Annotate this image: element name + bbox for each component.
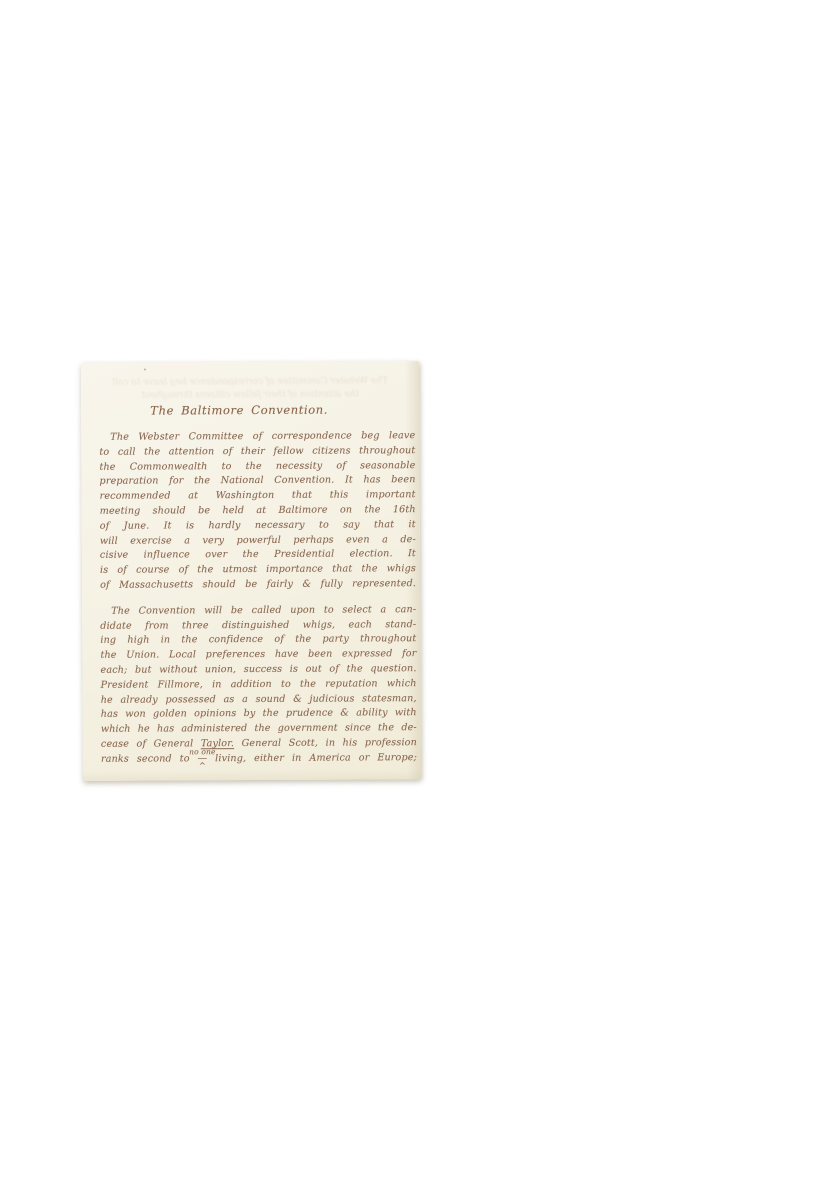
inserted-above-text: no one bbox=[189, 748, 215, 756]
manuscript-title: The Baltimore Convention. bbox=[81, 402, 419, 418]
manuscript-line: cease of General Taylor. General Scott, … bbox=[101, 736, 417, 752]
caret-mark: ^ bbox=[199, 762, 206, 770]
manuscript-line: is of course of the utmost importance th… bbox=[100, 562, 416, 578]
manuscript-text-segment: living, either in America or Europe; bbox=[207, 752, 417, 764]
manuscript-line: which he has administered the government… bbox=[101, 721, 417, 737]
manuscript-line: The Webster Committee of correspondence … bbox=[99, 429, 415, 445]
manuscript-line: didate from three distinguished whigs, e… bbox=[100, 618, 416, 634]
manuscript-line: he already possessed as a sound & judici… bbox=[101, 692, 417, 708]
manuscript-line: of Massachusetts should be fairly & full… bbox=[100, 577, 416, 593]
manuscript-line: will exercise a very powerful perhaps ev… bbox=[100, 533, 416, 549]
manuscript-paragraph: The Webster Committee of correspondence … bbox=[99, 429, 416, 593]
manuscript-body: The Webster Committee of correspondence … bbox=[99, 429, 417, 778]
manuscript-text-segment: cease of General bbox=[101, 738, 201, 750]
manuscript-line: ranks second to —no one^ living, either … bbox=[101, 751, 417, 767]
paper-speck bbox=[144, 369, 146, 371]
manuscript-line: President Fillmore, in addition to the r… bbox=[101, 677, 417, 693]
manuscript-text-segment: General Scott, in his profession bbox=[234, 737, 417, 749]
manuscript-line: preparation for the National Convention.… bbox=[99, 474, 415, 490]
manuscript-line: meeting should be held at Baltimore on t… bbox=[100, 503, 416, 519]
manuscript-text-segment: ranks second to bbox=[101, 753, 198, 765]
manuscript-line: has won golden opinions by the prudence … bbox=[101, 706, 417, 722]
manuscript-line: each; but without union, success is out … bbox=[100, 662, 416, 678]
manuscript-line: to call the attention of their fellow ci… bbox=[99, 444, 415, 460]
page-background: The Webster Committee of correspondence … bbox=[0, 0, 819, 1197]
manuscript-paragraph: The Convention will be called upon to se… bbox=[100, 603, 417, 767]
manuscript-line: The Convention will be called upon to se… bbox=[100, 603, 416, 619]
manuscript-line: recommended at Washington that this impo… bbox=[100, 488, 416, 504]
manuscript-line: cisive influence over the Presidential e… bbox=[100, 548, 416, 564]
manuscript-line: ing high in the confidence of the party … bbox=[100, 632, 416, 648]
manuscript-line: of June. It is hardly necessary to say t… bbox=[100, 518, 416, 534]
manuscript-line: the Union. Local preferences have been e… bbox=[100, 647, 416, 663]
manuscript-page: The Webster Committee of correspondence … bbox=[81, 361, 421, 781]
manuscript-line: the Commonwealth to the necessity of sea… bbox=[99, 459, 415, 475]
inserted-word-mark: —no one^ bbox=[197, 753, 207, 764]
ink-bleed-through: The Webster Committee of correspondence … bbox=[105, 375, 395, 403]
